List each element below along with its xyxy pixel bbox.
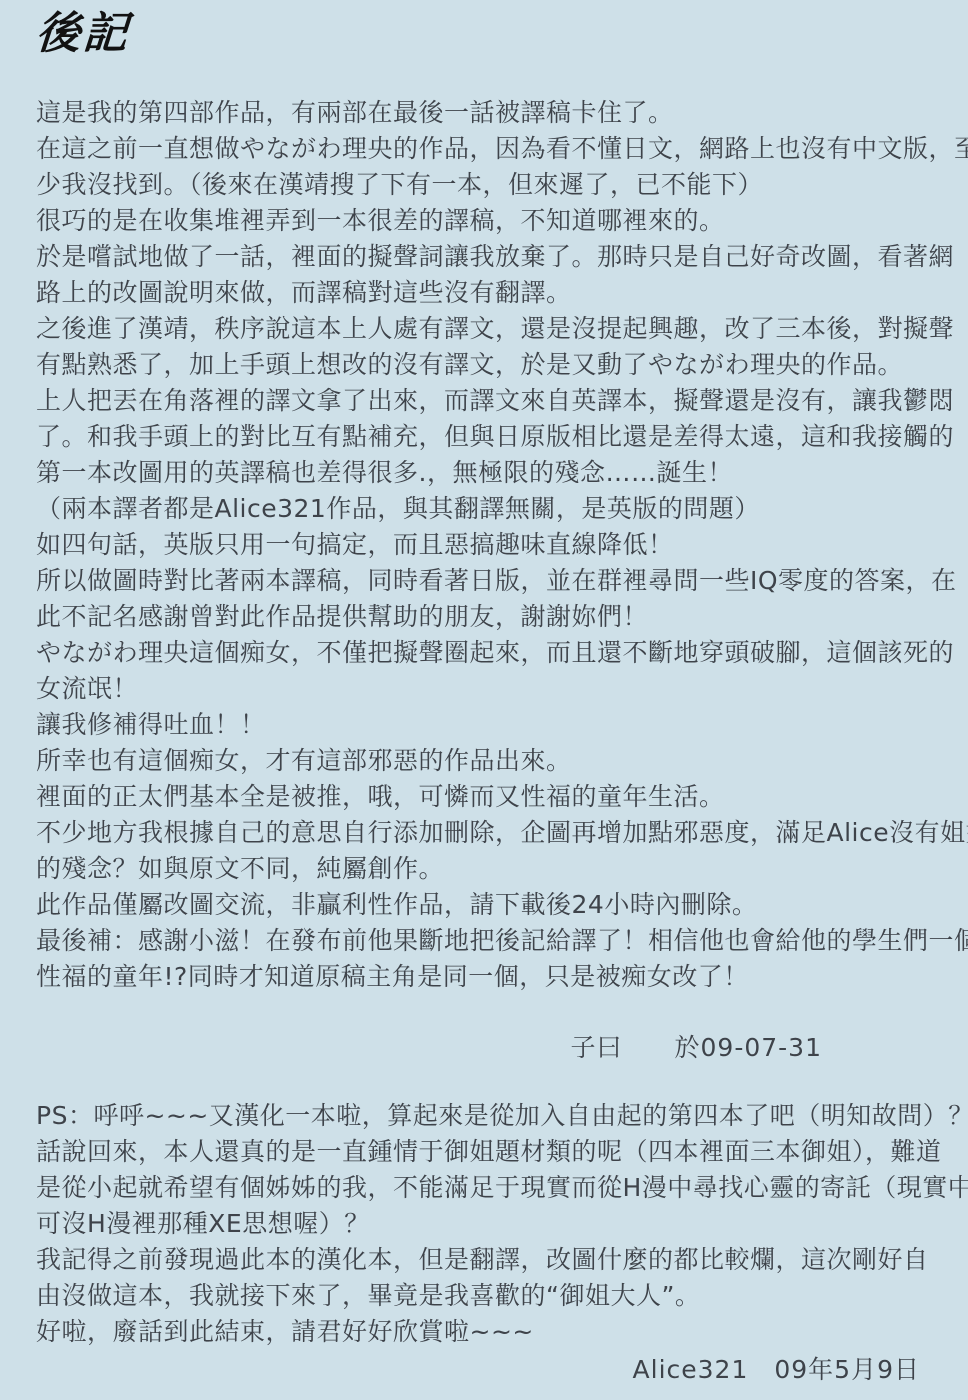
body-line: （兩本譯者都是Alice321作品，與其翻譯無關，是英版的問題） xyxy=(36,491,940,527)
body-line: 少我沒找到。（後來在漢靖搜了下有一本，但來遲了，已不能下） xyxy=(36,167,940,203)
ps-line: 我記得之前發現過此本的漢化本，但是翻譯，改圖什麼的都比較爛，這次剛好自 xyxy=(36,1242,940,1278)
body-line: 有點熟悉了，加上手頭上想改的沒有譯文，於是又動了やながわ理央的作品。 xyxy=(36,347,940,383)
body-line: 了。和我手頭上的對比互有點補充，但與日原版相比還是差得太遠，這和我接觸的 xyxy=(36,419,940,455)
body-line: やながわ理央這個痴女，不僅把擬聲圈起來，而且還不斷地穿頭破腳，這個該死的 xyxy=(36,635,940,671)
page-title: 後記 xyxy=(34,6,132,62)
ps-line: 話說回來，本人還真的是一直鍾情于御姐題材類的呢（四本裡面三本御姐），難道 xyxy=(36,1134,940,1170)
body-line: 如四句話，英版只用一句搞定，而且惡搞趣味直線降低！ xyxy=(36,527,940,563)
translator-signature: Alice321 09年5月9日 xyxy=(36,1352,940,1388)
afterword-page: 後記 這是我的第四部作品，有兩部在最後一話被譯稿卡住了。 在這之前一直想做やなが… xyxy=(0,0,968,1400)
ps-line: 由沒做這本，我就接下來了，畢竟是我喜歡的“御姐大人”。 xyxy=(36,1278,940,1314)
body-line: 所以做圖時對比著兩本譯稿，同時看著日版，並在群裡尋問一些IQ零度的答案，在 xyxy=(36,563,940,599)
body-line: 所幸也有這個痴女，才有這部邪惡的作品出來。 xyxy=(36,743,940,779)
body-line: 上人把丟在角落裡的譯文拿了出來，而譯文來自英譯本，擬聲還是沒有，讓我鬱悶 xyxy=(36,383,940,419)
body-line: 不少地方我根據自己的意思自行添加刪除，企圖再增加點邪惡度，滿足Alice沒有姐姐 xyxy=(36,815,940,851)
body-line: 路上的改圖說明來做，而譯稿對這些沒有翻譯。 xyxy=(36,275,940,311)
ps-line: PS：呼呼~~~又漢化一本啦，算起來是從加入自由起的第四本了吧（明知故問）？ xyxy=(36,1098,940,1134)
body-line: 性福的童年!?同時才知道原稿主角是同一個，只是被痴女改了！ xyxy=(36,959,940,995)
body-line: 這是我的第四部作品，有兩部在最後一話被譯稿卡住了。 xyxy=(36,95,940,131)
author-signature: 子曰 於09-07-31 xyxy=(36,1030,940,1066)
body-line: 之後進了漢靖，秩序說這本上人處有譯文，還是沒提起興趣，改了三本後，對擬聲 xyxy=(36,311,940,347)
postscript-body: PS：呼呼~~~又漢化一本啦，算起來是從加入自由起的第四本了吧（明知故問）？ 話… xyxy=(36,1098,940,1350)
body-line: 讓我修補得吐血！！ xyxy=(36,707,940,743)
body-line: 此不記名感謝曾對此作品提供幫助的朋友，謝謝妳們！ xyxy=(36,599,940,635)
ps-line: 是從小起就希望有個姊姊的我，不能滿足于現實而從H漫中尋找心靈的寄託（現實中 xyxy=(36,1170,940,1206)
body-line: 第一本改圖用的英譯稿也差得很多.，無極限的殘念……誕生！ xyxy=(36,455,940,491)
body-line: 裡面的正太們基本全是被推，哦，可憐而又性福的童年生活。 xyxy=(36,779,940,815)
ps-line: 可沒H漫裡那種XE思想喔）？ xyxy=(36,1206,940,1242)
afterword-body: 這是我的第四部作品，有兩部在最後一話被譯稿卡住了。 在這之前一直想做やながわ理央… xyxy=(36,95,940,995)
ps-line: 好啦，廢話到此結束，請君好好欣賞啦~~~ xyxy=(36,1314,940,1350)
body-line: 很巧的是在收集堆裡弄到一本很差的譯稿，不知道哪裡來的。 xyxy=(36,203,940,239)
body-line: 於是嚐試地做了一話，裡面的擬聲詞讓我放棄了。那時只是自己好奇改圖，看著網 xyxy=(36,239,940,275)
body-line: 最後補：感謝小滋！在發布前他果斷地把後記給譯了！相信他也會給他的學生們一個 xyxy=(36,923,940,959)
body-line: 的殘念？如與原文不同，純屬創作。 xyxy=(36,851,940,887)
body-line: 女流氓！ xyxy=(36,671,940,707)
body-line: 在這之前一直想做やながわ理央的作品，因為看不懂日文，網路上也沒有中文版，至 xyxy=(36,131,940,167)
body-line: 此作品僅屬改圖交流，非贏利性作品，請下載後24小時內刪除。 xyxy=(36,887,940,923)
